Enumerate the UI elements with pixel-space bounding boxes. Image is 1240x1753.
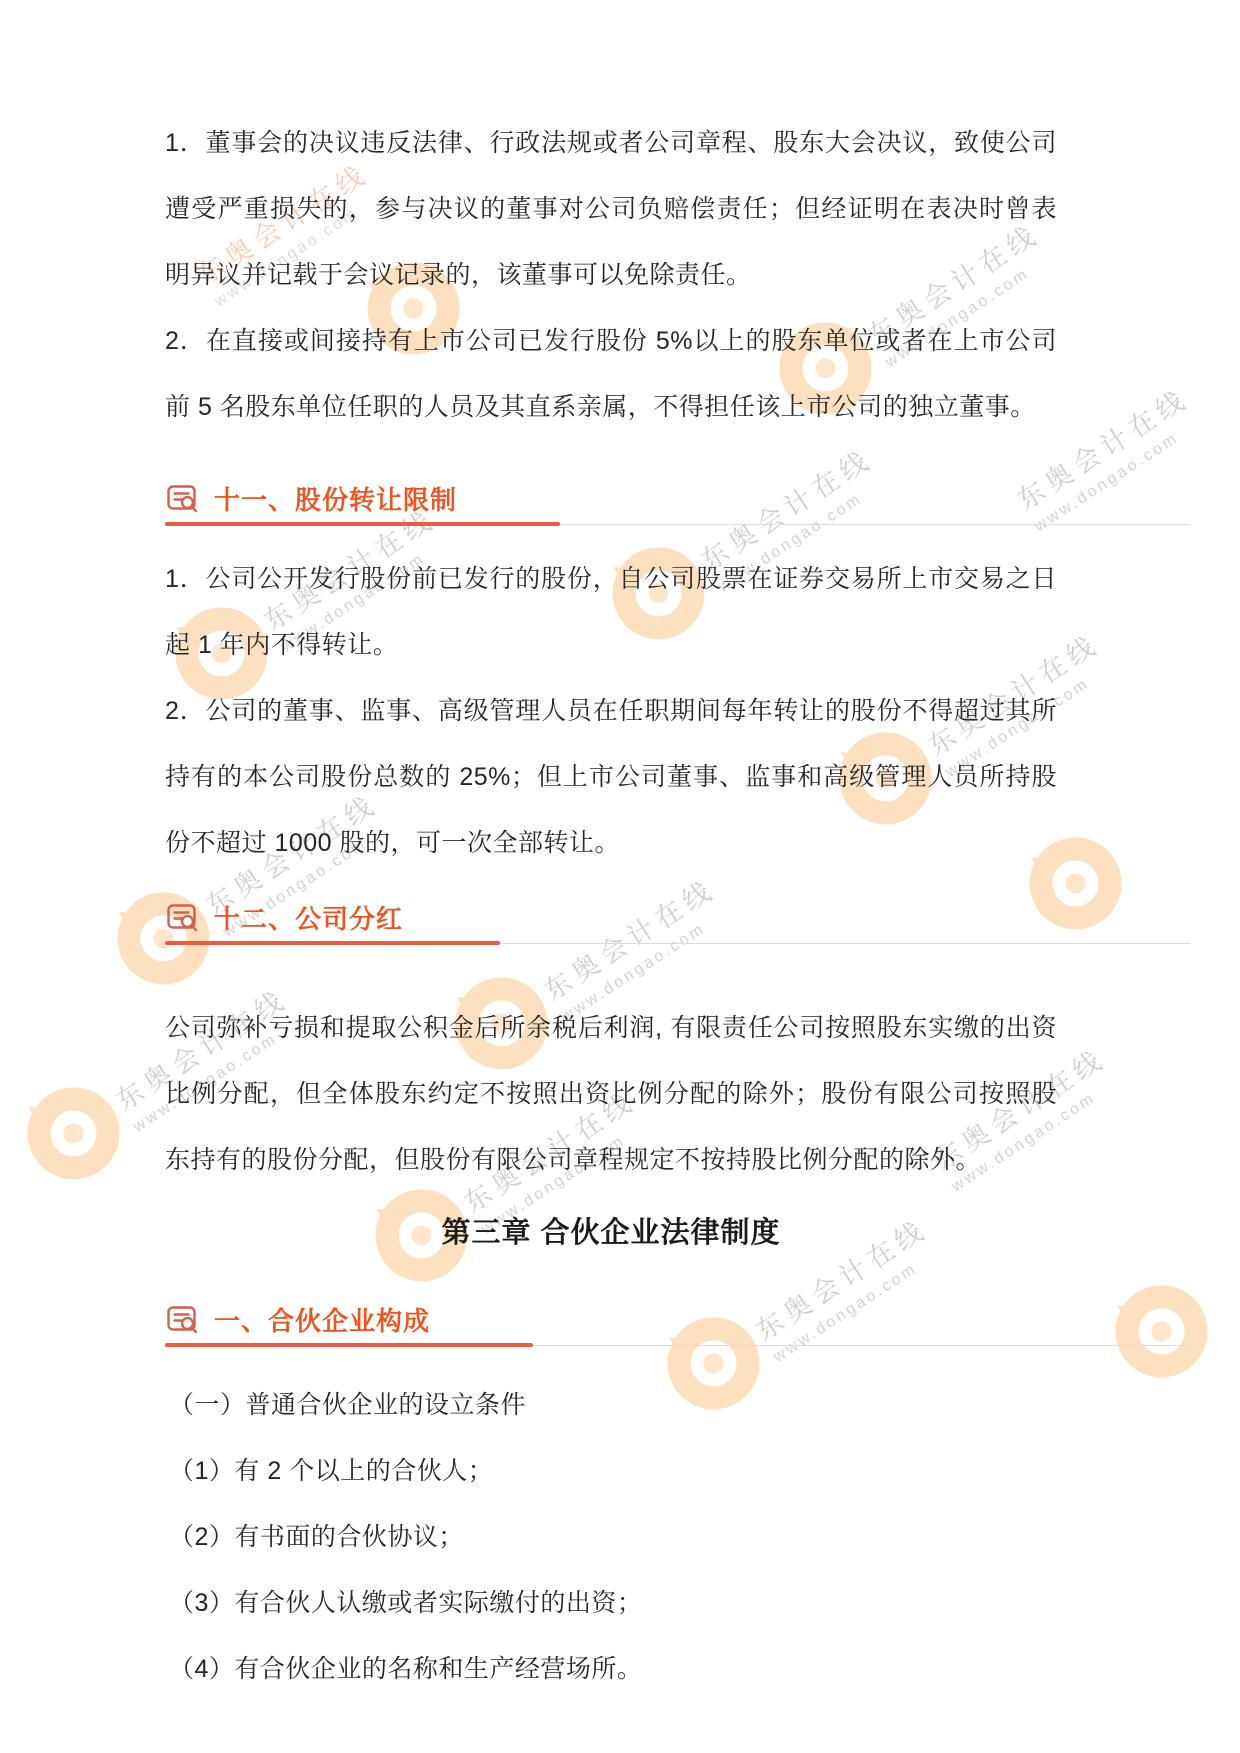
section-header: 一、合伙企业构成 <box>165 1299 1057 1347</box>
paragraph: 2．公司的董事、监事、高级管理人员在任职期间每年转让的股份不得超过其所持有的本公… <box>165 678 1057 876</box>
document-content: 1．董事会的决议违反法律、行政法规或者公司章程、股东大会决议，致使公司遭受严重损… <box>165 0 1057 1702</box>
subheading: （一）普通合伙企业的设立条件 <box>165 1372 1057 1438</box>
section-title: 十二、公司分红 <box>214 899 403 936</box>
document-search-icon <box>165 899 201 935</box>
list-item: （1）有 2 个以上的合伙人； <box>165 1438 1057 1504</box>
list-item: （3）有合伙人认缴或者实际缴付的出资； <box>165 1570 1057 1636</box>
section-title: 十一、股份转让限制 <box>214 480 457 517</box>
paragraph: 2．在直接或间接持有上市公司已发行股份 5%以上的股东单位或者在上市公司前 5 … <box>165 308 1057 440</box>
list-item: （4）有合伙企业的名称和生产经营场所。 <box>165 1636 1057 1702</box>
chapter-title: 第三章 合伙企业法律制度 <box>165 1211 1057 1255</box>
dongao-logo-icon <box>1098 1268 1225 1395</box>
paragraph: 1．公司公开发行股份前已发行的股份，自公司股票在证券交易所上市交易之日起 1 年… <box>165 546 1057 678</box>
list-item: （2）有书面的合伙协议； <box>165 1504 1057 1570</box>
section-underline <box>165 941 1190 945</box>
dongao-logo-icon <box>10 1070 137 1197</box>
section-header: 十二、公司分红 <box>165 897 1057 945</box>
section-underline <box>165 522 1190 526</box>
document-page: 东奥会计在线www.dongao.com东奥会计在线www.dongao.com… <box>0 0 1240 1753</box>
section-underline <box>165 1343 1190 1347</box>
watermark-url-text: www.dongao.com <box>1031 412 1208 537</box>
section-title: 一、合伙企业构成 <box>214 1301 430 1338</box>
paragraph: 公司弥补亏损和提取公积金后所余税后利润, 有限责任公司按照股东实缴的出资比例分配… <box>165 995 1057 1193</box>
document-search-icon <box>165 480 201 516</box>
watermark: 东奥会计在线www.dongao.com <box>1098 1268 1225 1395</box>
section-header: 十一、股份转让限制 <box>165 478 1057 526</box>
document-search-icon <box>165 1301 201 1337</box>
paragraph: 1．董事会的决议违反法律、行政法规或者公司章程、股东大会决议，致使公司遭受严重损… <box>165 110 1057 308</box>
